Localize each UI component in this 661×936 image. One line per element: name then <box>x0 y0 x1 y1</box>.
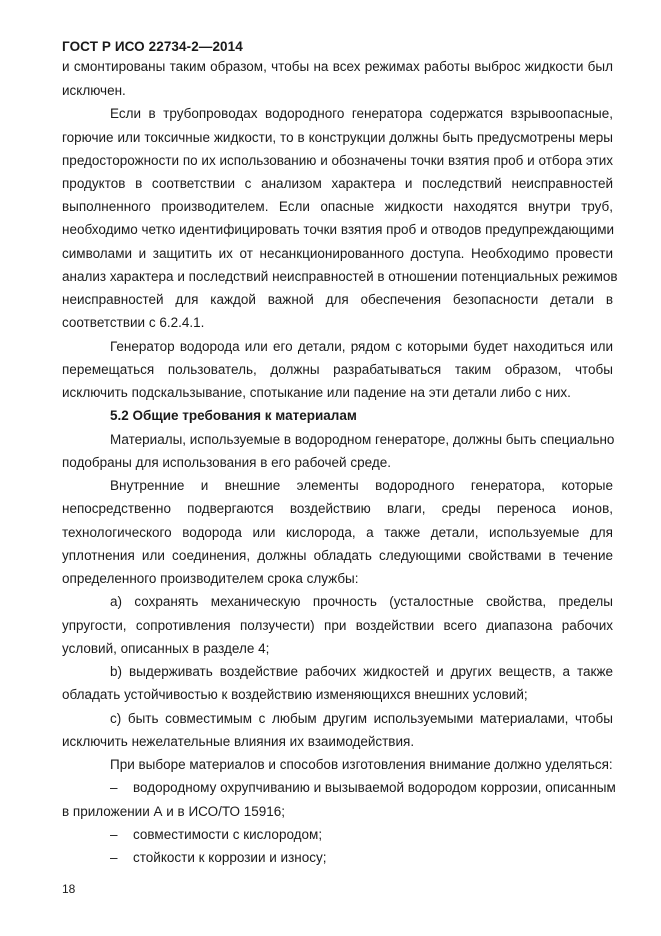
list-dash-marker: – <box>110 780 118 796</box>
text-line: водородному охрупчиванию и вызываемой во… <box>133 780 613 796</box>
page-number: 18 <box>62 882 75 896</box>
text-line: Если в трубопроводах водородного генерат… <box>110 106 613 122</box>
text-line: предосторожности по их использованию и о… <box>62 153 613 169</box>
text-line: упругости, сопротивления ползучести) при… <box>62 618 613 634</box>
text-line: в приложении А и в ИСО/ТО 15916; <box>62 804 613 820</box>
text-line: исключить подскальзывание, спотыкание ил… <box>62 385 613 401</box>
document-header: ГОСТ Р ИСО 22734-2—2014 <box>62 39 243 54</box>
text-line: При выборе материалов и способов изготов… <box>110 757 613 773</box>
text-line: необходимо четко идентифицировать точки … <box>62 222 613 238</box>
text-line: Материалы, используемые в водородном ген… <box>110 432 613 448</box>
text-line: выполненного производителем. Если опасны… <box>62 199 613 215</box>
list-dash-marker: – <box>110 850 118 866</box>
text-line: совместимости с кислородом; <box>133 827 613 843</box>
text-line: исключен. <box>62 83 613 99</box>
text-line: продуктов в соответствии с анализом хара… <box>62 176 613 192</box>
text-line: и смонтированы таким образом, чтобы на в… <box>62 59 613 75</box>
text-line: уплотнения или соединения, должны облада… <box>62 548 613 564</box>
text-line: перемещаться пользователь, должны разраб… <box>62 362 613 378</box>
text-line: a) сохранять механическую прочность (уст… <box>110 594 613 610</box>
text-line: горючие или токсичные жидкости, то в кон… <box>62 130 613 146</box>
text-line: c) быть совместимым с любым другим испол… <box>110 711 613 727</box>
text-line: Генератор водорода или его детали, рядом… <box>110 339 613 355</box>
text-line: исключить нежелательные влияния их взаим… <box>62 734 613 750</box>
text-line: непосредственно подвергаются воздействию… <box>62 501 613 517</box>
text-line: определенного производителем срока служб… <box>62 571 613 587</box>
text-line: символами и защитить их от несанкциониро… <box>62 246 613 262</box>
section-heading: 5.2 Общие требования к материалам <box>110 408 613 424</box>
text-line: неисправностей для каждой важной для обе… <box>62 292 613 308</box>
text-line: Внутренние и внешние элементы водородног… <box>110 478 613 494</box>
text-line: анализ характера и последствий неисправн… <box>62 269 613 285</box>
text-line: обладать устойчивостью к воздействию изм… <box>62 687 613 703</box>
text-line: соответствии с 6.2.4.1. <box>62 315 613 331</box>
list-dash-marker: – <box>110 827 118 843</box>
text-line: условий, описанных в разделе 4; <box>62 641 613 657</box>
text-line: технологического водорода или кислорода,… <box>62 525 613 541</box>
text-line: стойкости к коррозии и износу; <box>133 850 613 866</box>
text-line: подобраны для использования в его рабоче… <box>62 455 613 471</box>
text-line: b) выдерживать воздействие рабочих жидко… <box>110 664 613 680</box>
